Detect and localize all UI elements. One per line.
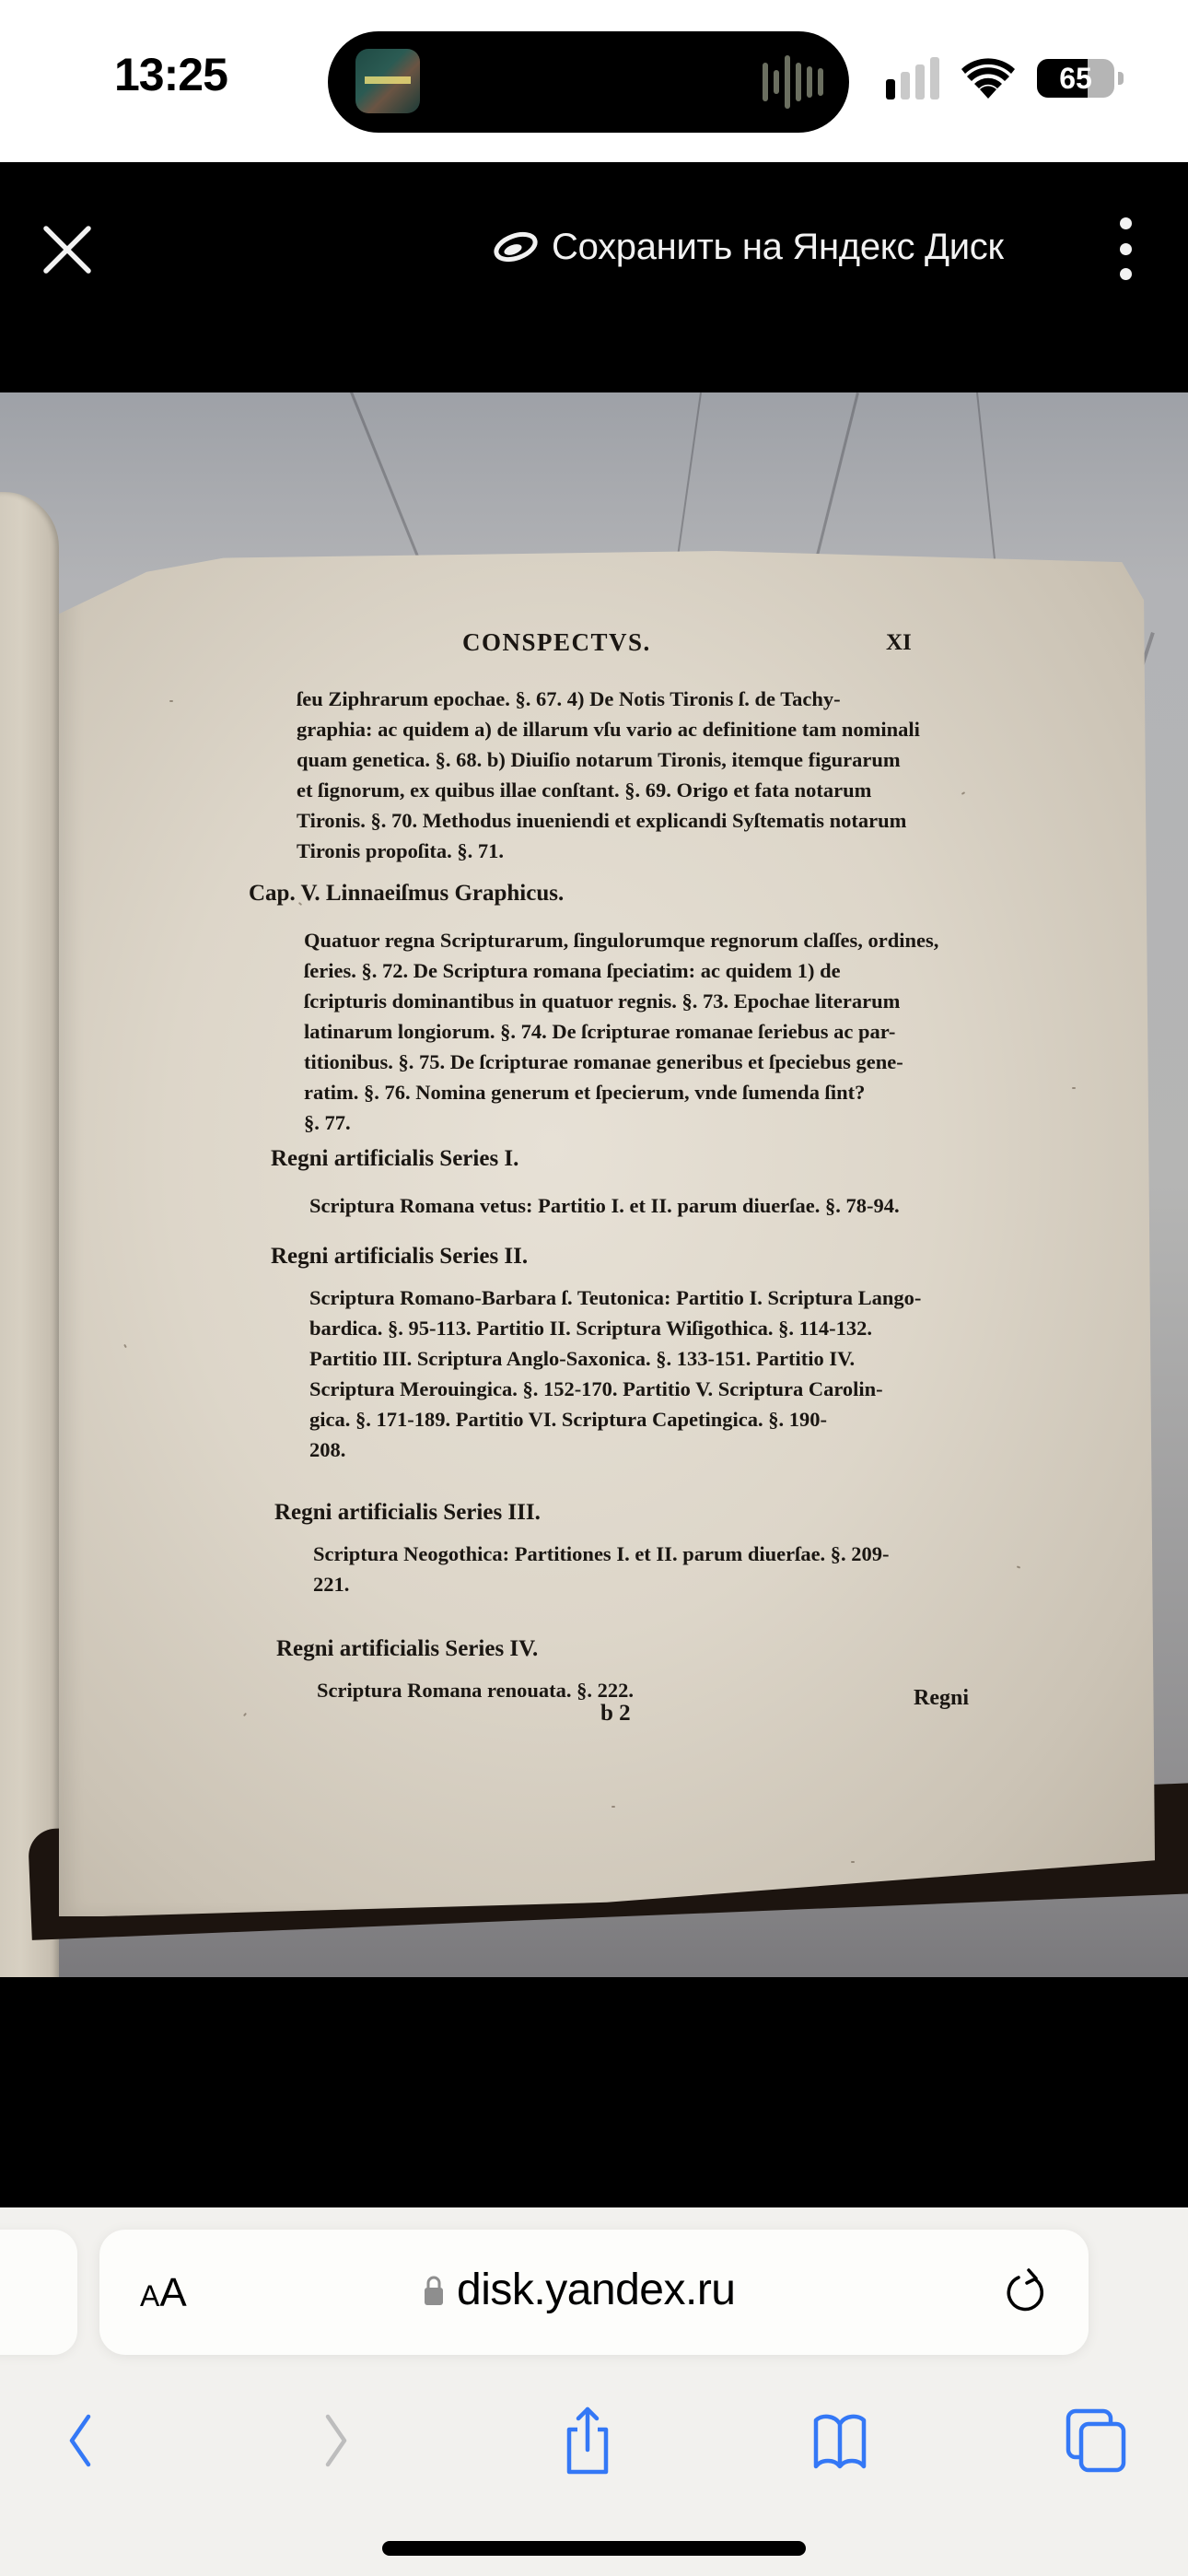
page-text: CONSPECTVS. XI ſeu Ziphrarum epochae. §.…: [0, 392, 1188, 1977]
viewer-background: [0, 1977, 1188, 2207]
dynamic-island[interactable]: [328, 31, 849, 133]
battery-nub: [1118, 72, 1124, 85]
previous-tab-preview[interactable]: [0, 2230, 77, 2355]
status-bar: 13:25 65: [0, 0, 1188, 162]
wifi-icon: [961, 58, 1015, 99]
home-indicator[interactable]: [382, 2541, 806, 2556]
close-button[interactable]: [39, 221, 96, 278]
status-time: 13:25: [114, 48, 227, 101]
signature-mark: b 2: [600, 1701, 631, 1727]
book-icon: [807, 2411, 873, 2470]
series-heading: Regni artificialis Series I.: [271, 1146, 518, 1172]
save-to-yandex-disk-button[interactable]: Сохранить на Яндекс Диск: [493, 219, 1004, 275]
reload-icon: [998, 2265, 1054, 2320]
yandex-disk-icon: [493, 230, 539, 263]
waveform-icon: [763, 55, 823, 109]
bookmarks-button[interactable]: [803, 2399, 877, 2482]
series-heading: Regni artificialis Series II.: [271, 1244, 528, 1270]
chevron-left-icon: [61, 2413, 98, 2468]
battery-icon: 65: [1037, 59, 1114, 98]
reload-button[interactable]: [998, 2265, 1054, 2320]
save-label: Сохранить на Яндекс Диск: [552, 227, 1004, 268]
close-icon: [39, 221, 96, 278]
url-display[interactable]: disk.yandex.ru: [424, 2265, 736, 2315]
status-indicators: 65: [886, 57, 1124, 100]
document-photo[interactable]: CONSPECTVS. XI ſeu Ziphrarum epochae. §.…: [0, 392, 1188, 1977]
text-size-button[interactable]: AA: [140, 2270, 187, 2316]
paragraph: Scriptura Romano-Barbara ſ. Teutonica: P…: [309, 1282, 954, 1465]
paragraph: ſeu Ziphrarum epochae. §. 67. 4) De Noti…: [297, 684, 923, 866]
chevron-right-icon: [319, 2413, 355, 2468]
chapter-heading: Cap. V. Linnaeiſmus Graphicus.: [249, 881, 564, 907]
back-button[interactable]: [42, 2399, 116, 2482]
running-title: CONSPECTVS.: [462, 628, 651, 657]
viewer-header: Сохранить на Яндекс Диск: [0, 162, 1188, 392]
address-bar[interactable]: AA disk.yandex.ru: [99, 2230, 1089, 2355]
paragraph: Scriptura Neogothica: Partitiones I. et …: [313, 1539, 958, 1599]
battery-percent: 65: [1037, 62, 1114, 96]
paragraph: Scriptura Romana vetus: Partitio I. et I…: [309, 1190, 954, 1221]
share-button[interactable]: [551, 2399, 624, 2482]
browser-toolbar: [0, 2399, 1188, 2482]
browser-bottom-bar: AA disk.yandex.ru: [0, 2207, 1188, 2576]
tabs-button[interactable]: [1059, 2399, 1133, 2482]
more-vertical-icon: [1120, 217, 1132, 229]
now-playing-artwork[interactable]: [355, 49, 420, 113]
share-icon: [560, 2406, 615, 2476]
forward-button[interactable]: [300, 2399, 374, 2482]
tabs-icon: [1063, 2407, 1129, 2474]
more-options-button[interactable]: [1116, 217, 1135, 280]
page-numeral: XI: [886, 630, 912, 656]
catchword: Regni: [914, 1686, 969, 1711]
url-text: disk.yandex.ru: [457, 2265, 736, 2315]
series-heading: Regni artificialis Series IV.: [276, 1636, 538, 1662]
cellular-signal-icon: [886, 57, 939, 100]
lock-icon: [424, 2275, 444, 2306]
series-heading: Regni artificialis Series III.: [274, 1500, 541, 1526]
paragraph: Quatuor regna Scripturarum, ſingulorumqu…: [304, 925, 939, 1138]
